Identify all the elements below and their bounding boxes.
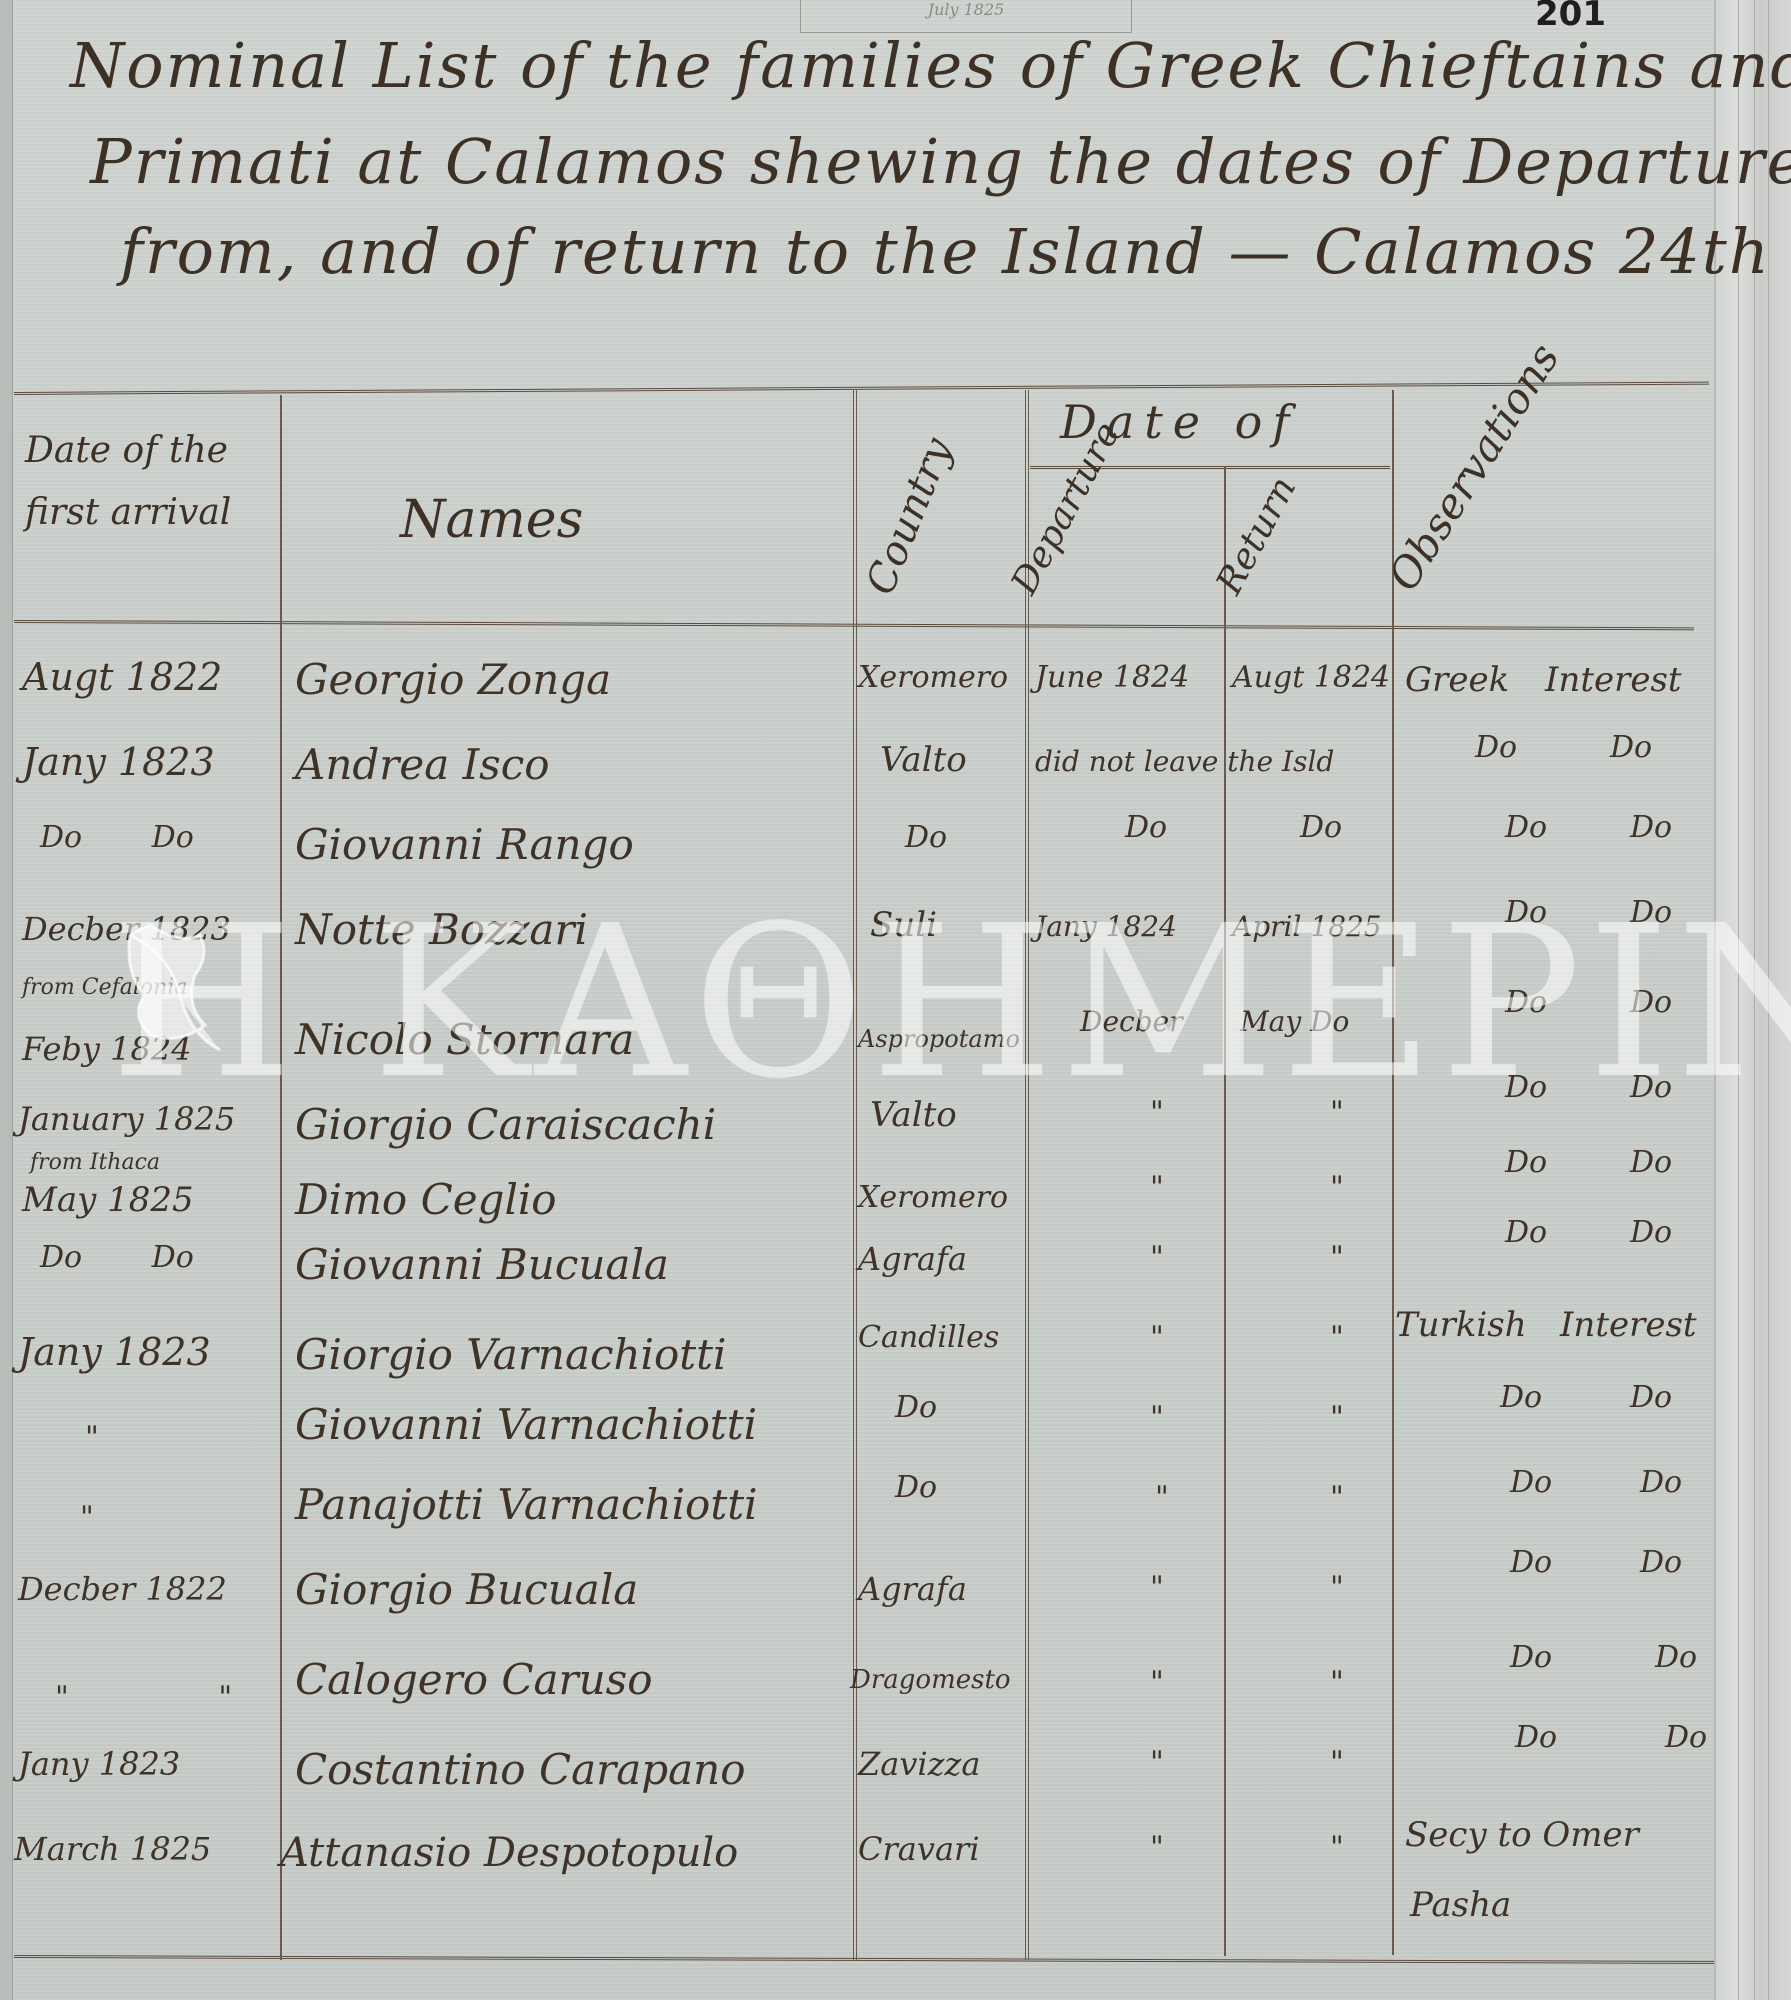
- row-9-obs2: Do: [1630, 1380, 1672, 1415]
- col-divider-arrival: [280, 395, 282, 1960]
- row-8-return: ": [1330, 1320, 1344, 1355]
- row-6-name: Dimo Ceglio: [295, 1175, 557, 1224]
- row-5-name: Giorgio Caraiscachi: [295, 1100, 716, 1149]
- row-11-departure: ": [1150, 1570, 1164, 1605]
- row-9-arrival: ": [85, 1420, 99, 1455]
- row-8-obs2: Interest: [1560, 1305, 1697, 1345]
- row-6-country: Xeromero: [858, 1180, 1008, 1215]
- row-6-obs2: Do: [1630, 1145, 1672, 1180]
- row-13-country: Zavizza: [858, 1745, 980, 1783]
- row-13-return: ": [1330, 1745, 1344, 1780]
- row-12-obs2: Do: [1655, 1640, 1697, 1675]
- row-11-country: Agrafa: [858, 1570, 967, 1608]
- header-observations: Observations: [1378, 335, 1568, 599]
- row-3-arrival-note: from Cefalonia: [22, 975, 187, 1000]
- row-7-obs1: Do: [1505, 1215, 1547, 1250]
- row-3-country: Suli: [870, 905, 937, 945]
- row-5-return: ": [1330, 1095, 1344, 1130]
- row-5-departure: ": [1150, 1095, 1164, 1130]
- row-0-obs1: Greek: [1405, 660, 1509, 700]
- row-1-arrival: Jany 1823: [22, 740, 215, 784]
- row-1-obs2: Do: [1610, 730, 1652, 765]
- row-13-arrival: Jany 1823: [18, 1745, 180, 1783]
- row-6-arrival: May 1825: [22, 1180, 194, 1220]
- row-10-name: Panajotti Varnachiotti: [295, 1480, 758, 1529]
- row-14-return: ": [1330, 1830, 1344, 1865]
- row-5-arrival-note: from Ithaca: [30, 1150, 160, 1175]
- row-1-obs1: Do: [1475, 730, 1517, 765]
- row-11-obs2: Do: [1640, 1545, 1682, 1580]
- row-0-obs2: Interest: [1545, 660, 1682, 700]
- header-arrival: Date of the first arrival: [25, 420, 275, 544]
- row-2-arrival: Do Do: [40, 820, 194, 855]
- row-12-country: Dragomesto: [850, 1665, 1011, 1695]
- row-10-country: Do: [895, 1470, 937, 1505]
- row-4-arrival: Feby 1824: [22, 1030, 192, 1068]
- row-7-arrival: Do Do: [40, 1240, 194, 1275]
- row-14-arrival: March 1825: [14, 1830, 211, 1868]
- row-3-departure: Jany 1824: [1035, 910, 1177, 943]
- header-names: Names: [400, 490, 583, 550]
- row-7-country: Agrafa: [858, 1240, 967, 1278]
- row-10-departure: ": [1155, 1480, 1169, 1515]
- row-12-return: ": [1330, 1665, 1344, 1700]
- row-9-departure: ": [1150, 1400, 1164, 1435]
- manuscript-page: July 1825 201 Nominal List of the famili…: [0, 0, 1791, 2000]
- row-8-obs1: Turkish: [1395, 1305, 1527, 1345]
- row-11-obs1: Do: [1510, 1545, 1552, 1580]
- row-4-obs1: Do: [1505, 985, 1547, 1020]
- row-7-name: Giovanni Bucuala: [295, 1240, 669, 1289]
- row-8-name: Giorgio Varnachiotti: [295, 1330, 726, 1379]
- row-9-country: Do: [895, 1390, 937, 1425]
- row-13-departure: ": [1150, 1745, 1164, 1780]
- table-bottom-rule: [14, 1955, 1714, 1964]
- row-13-obs2: Do: [1665, 1720, 1707, 1755]
- col-divider-return: [1392, 390, 1394, 1955]
- row-10-return: ": [1330, 1480, 1344, 1515]
- row-0-return: Augt 1824: [1232, 660, 1390, 695]
- title-line-1: Nominal List of the families of Greek Ch…: [70, 18, 1720, 114]
- row-0-name: Georgio Zonga: [295, 655, 611, 704]
- row-14-obs1: Secy to Omer: [1405, 1815, 1639, 1855]
- row-4-country: Aspropotamo: [858, 1025, 1020, 1053]
- row-2-name: Giovanni Rango: [295, 820, 634, 869]
- row-7-departure: ": [1150, 1240, 1164, 1275]
- row-8-arrival: Jany 1823: [18, 1330, 211, 1374]
- row-5-country: Valto: [870, 1095, 957, 1135]
- col-divider-country: [1025, 390, 1029, 1960]
- row-4-departure: Decber: [1080, 1005, 1183, 1038]
- row-4-name: Nicolo Stornara: [295, 1015, 634, 1064]
- row-1-departure: did not leave the Isld: [1035, 745, 1334, 778]
- row-8-departure: ": [1150, 1320, 1164, 1355]
- row-0-departure: June 1824: [1035, 660, 1189, 695]
- row-12-name: Calogero Caruso: [295, 1655, 653, 1704]
- row-0-arrival: Augt 1822: [22, 655, 222, 699]
- row-4-return: May Do: [1240, 1005, 1349, 1038]
- row-8-country: Candilles: [858, 1320, 999, 1355]
- row-11-return: ": [1330, 1570, 1344, 1605]
- table-top-rule: [14, 382, 1709, 395]
- page-left-edge: [0, 0, 13, 2000]
- row-1-country: Valto: [880, 740, 967, 780]
- row-2-departure: Do: [1125, 810, 1167, 845]
- row-14-departure: ": [1150, 1830, 1164, 1865]
- page-title: Nominal List of the families of Greek Ch…: [70, 18, 1720, 300]
- row-7-return: ": [1330, 1240, 1344, 1275]
- row-10-obs2: Do: [1640, 1465, 1682, 1500]
- row-9-name: Giovanni Varnachiotti: [295, 1400, 757, 1449]
- row-3-return: April 1825: [1232, 910, 1382, 943]
- row-11-name: Giorgio Bucuala: [295, 1565, 638, 1614]
- row-6-return: ": [1330, 1170, 1344, 1205]
- row-3-obs1: Do: [1505, 895, 1547, 930]
- row-5-arrival: January 1825: [18, 1100, 235, 1138]
- row-0-country: Xeromero: [858, 660, 1008, 695]
- page-right-edge: [1714, 0, 1791, 2000]
- row-12-obs1: Do: [1510, 1640, 1552, 1675]
- header-country: Country: [857, 432, 961, 601]
- row-14-country: Cravari: [858, 1830, 980, 1868]
- row-14-obs2: Pasha: [1410, 1885, 1511, 1925]
- row-13-name: Costantino Carapano: [295, 1745, 746, 1794]
- row-12-departure: ": [1150, 1665, 1164, 1700]
- row-2-obs2: Do: [1630, 810, 1672, 845]
- row-3-obs2: Do: [1630, 895, 1672, 930]
- row-9-return: ": [1330, 1400, 1344, 1435]
- row-7-obs2: Do: [1630, 1215, 1672, 1250]
- col-divider-names: [853, 390, 857, 1960]
- row-5-obs2: Do: [1630, 1070, 1672, 1105]
- row-2-obs1: Do: [1505, 810, 1547, 845]
- row-11-arrival: Decber 1822: [18, 1570, 227, 1608]
- title-line-3: from, and of return to the Island — Cala…: [70, 204, 1720, 300]
- row-9-obs1: Do: [1500, 1380, 1542, 1415]
- row-6-obs1: Do: [1505, 1145, 1547, 1180]
- row-10-obs1: Do: [1510, 1465, 1552, 1500]
- row-3-arrival: Decber 1823: [22, 910, 231, 948]
- col-divider-departure: [1224, 466, 1226, 1956]
- row-2-country: Do: [905, 820, 947, 855]
- row-1-name: Andrea Isco: [295, 740, 550, 789]
- row-10-arrival: ": [80, 1500, 94, 1535]
- row-13-obs1: Do: [1515, 1720, 1557, 1755]
- row-5-obs1: Do: [1505, 1070, 1547, 1105]
- row-6-departure: ": [1150, 1170, 1164, 1205]
- row-12-arrival: " ": [55, 1680, 232, 1715]
- title-line-2: Primati at Calamos shewing the dates of …: [70, 114, 1720, 210]
- row-4-obs2: Do: [1630, 985, 1672, 1020]
- row-14-name: Attanasio Despotopulo: [280, 1830, 738, 1876]
- row-3-name: Notte Bozzari: [295, 905, 588, 954]
- row-2-return: Do: [1300, 810, 1342, 845]
